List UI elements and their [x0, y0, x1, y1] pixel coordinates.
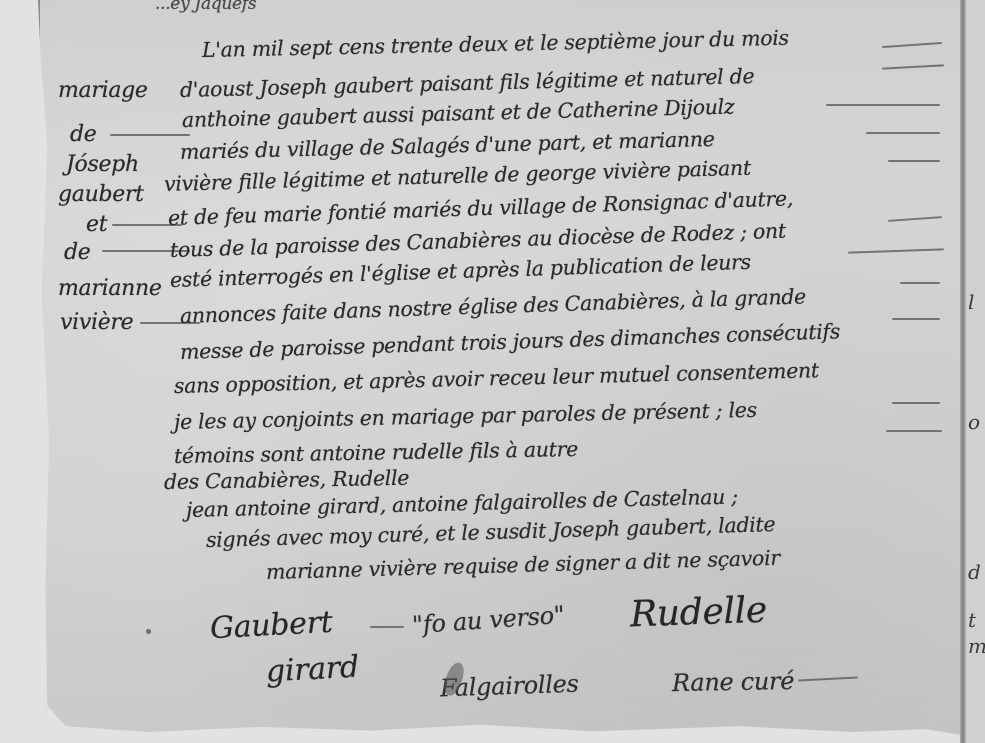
line-filler-rule: [888, 160, 940, 162]
signature-annotation: "fo au verso": [411, 601, 565, 640]
line-filler-rule: [848, 248, 944, 253]
margin-note: vivière: [60, 310, 133, 335]
margin-note: gaubert: [58, 182, 144, 207]
adjacent-page-fragment: t: [968, 608, 976, 632]
body-line: messe de paroisse pendant trois jours de…: [180, 319, 841, 364]
body-line: L'an mil sept cens trente deux et le sep…: [202, 26, 789, 62]
line-filler-rule: [826, 104, 940, 106]
margin-rule: [110, 134, 190, 136]
adjacent-page-fragment: d: [968, 560, 981, 584]
body-line: annonces faite dans nostre église des Ca…: [180, 284, 807, 328]
line-filler-rule: [888, 216, 942, 221]
line-filler-rule: [882, 64, 944, 69]
margin-note: Jóseph: [66, 152, 139, 177]
ink-dot: [146, 629, 151, 634]
signature-rudelle: Rudelle: [629, 590, 767, 636]
adjacent-page-fragment: o: [968, 410, 980, 434]
margin-note: de: [64, 240, 91, 265]
body-line: anthoine gaubert aussi paisant et de Cat…: [182, 95, 735, 132]
header-fragment: ...ey Jaquefs: [155, 0, 256, 14]
document-scan: ...ey Jaquefs mariage de Jóseph gaubert …: [0, 0, 985, 743]
line-filler-rule: [892, 402, 940, 404]
signature-gaubert: Gaubert: [209, 605, 333, 646]
margin-note: de: [70, 122, 97, 147]
body-line: je les ay conjoints en mariage par parol…: [174, 398, 757, 434]
adjacent-page-fragment: l: [968, 290, 974, 314]
line-filler-rule: [882, 42, 942, 48]
adjacent-page-fragment: ma: [968, 634, 985, 658]
signature-girard: girard: [265, 650, 359, 690]
line-filler-rule: [892, 318, 940, 320]
signature-rule: [370, 626, 404, 628]
line-filler-rule: [900, 282, 940, 284]
margin-note: mariage: [58, 78, 148, 103]
line-filler-rule: [866, 132, 940, 134]
adjacent-page-edge: l o d t ma: [966, 0, 985, 743]
margin-note: marianne: [58, 276, 162, 301]
body-line: marianne vivière requise de signer a dit…: [266, 546, 780, 584]
line-filler-rule: [886, 430, 942, 432]
body-line: sans opposition, et après avoir receu le…: [174, 358, 819, 398]
manuscript-page: ...ey Jaquefs mariage de Jóseph gaubert …: [38, 0, 962, 735]
signature-cure: Rane curé: [672, 667, 795, 697]
body-line: des Canabières, Rudelle: [164, 466, 410, 494]
body-line: témoins sont antoine rudelle fils à autr…: [174, 437, 578, 468]
margin-note: et: [86, 212, 107, 237]
signature-rule: [798, 676, 858, 681]
